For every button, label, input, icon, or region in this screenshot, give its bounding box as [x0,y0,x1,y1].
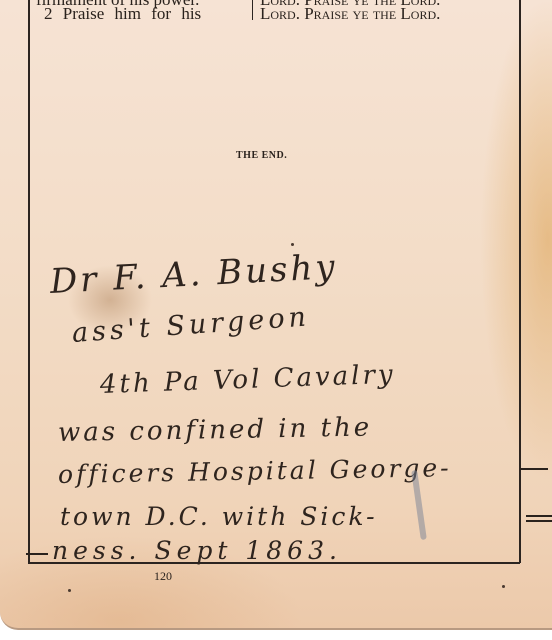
page-number: 120 [154,569,172,584]
handwritten-line-hospital: officers Hospital George- [58,453,452,489]
handwritten-line-regiment: 4th Pa Vol Cavalry [99,360,396,400]
handwritten-line-name: Dr F. A. Bushy [49,247,339,302]
printed-verse-right-line-2: Lord. Praise ye the Lord. [260,4,440,24]
handwritten-line-location: town D.C. with Sick- [60,502,378,531]
ink-speck [502,585,505,588]
page-frame-right-rule [519,0,521,563]
ink-speck [291,243,294,246]
ink-speck [68,589,71,592]
handwritten-line-date: ness. Sept 1863. [52,536,342,565]
printed-verse-left-line-2: 2 Praise him for his [44,4,201,24]
the-end-heading: THE END. [236,150,287,161]
margin-ink-mark [520,468,548,470]
margin-ink-mark [526,515,552,517]
margin-ink-mark [526,520,552,522]
book-page: firmament of his power. Lord. Praise ye … [0,0,552,630]
page-frame-left-rule [28,0,30,563]
handwritten-line-title: ass't Surgeon [71,301,311,349]
margin-ink-mark [26,553,48,555]
handwritten-line-confined: was confined in the [58,413,373,448]
column-divider [252,0,253,20]
